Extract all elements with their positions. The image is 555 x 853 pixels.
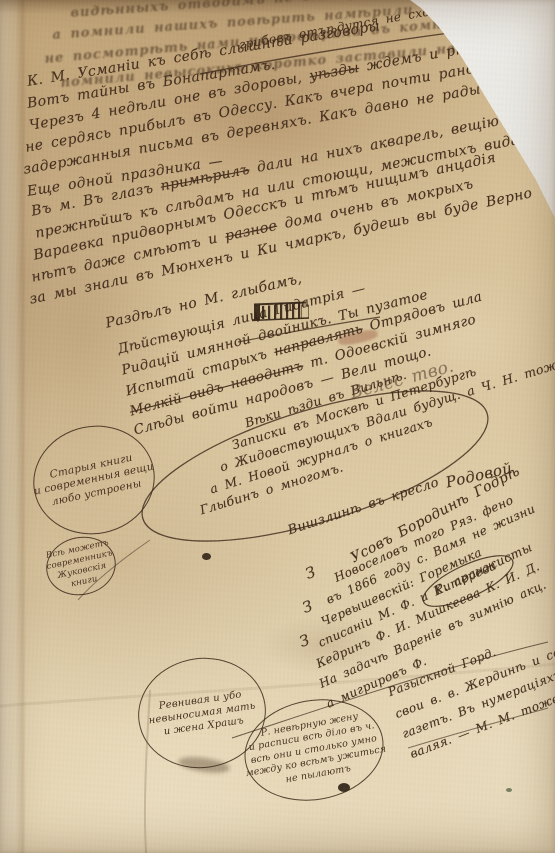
- pen-strokes-layer: [0, 0, 555, 853]
- manuscript-page: видѣнныхъ отводимъ не смотря помнится им…: [0, 0, 555, 853]
- circled-word-ring: [417, 546, 519, 616]
- building-colonnade-sketch: [252, 303, 309, 321]
- flourish-underline: [408, 708, 548, 748]
- flourish-line: [232, 642, 548, 738]
- paper-crease: [145, 690, 150, 853]
- loop-tail-stroke: [78, 540, 150, 600]
- header-underline: [200, 30, 472, 74]
- large-loop-circle: [126, 360, 503, 572]
- paper-crease: [0, 664, 555, 706]
